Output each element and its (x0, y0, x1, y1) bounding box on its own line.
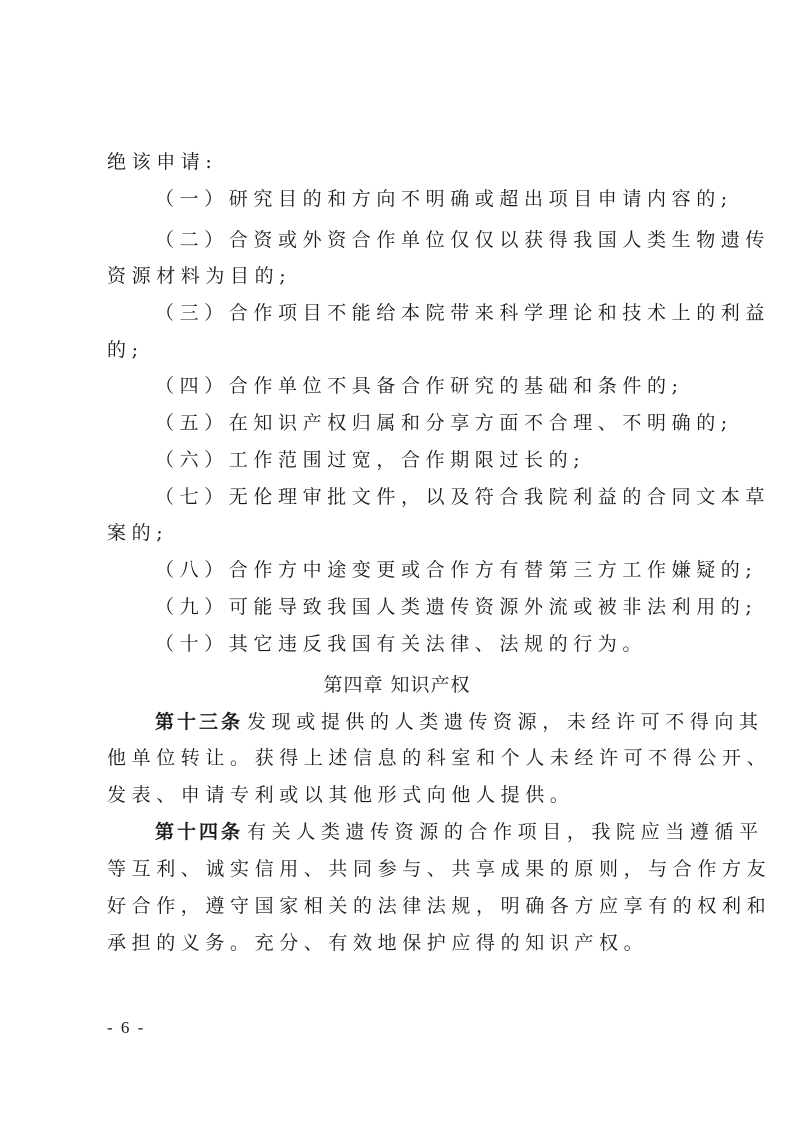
list-item-3: （三）合作项目不能给本院带来科学理论和技术上的利益 (155, 301, 691, 325)
article-13-text: 发现或提供的人类遗传资源，未经许可不得向其 (247, 711, 764, 733)
list-item-8: （八）合作方中途变更或合作方有替第三方工作嫌疑的; (155, 558, 691, 582)
article-13-label: 第十三条 (155, 711, 243, 733)
article-13-line-3: 发表、申请专利或以其他形式向他人提供。 (107, 783, 691, 807)
list-item-9: （九）可能导致我国人类遗传资源外流或被非法利用的; (155, 595, 691, 619)
article-14-line-2: 等互利、诚实信用、共同参与、共享成果的原则，与合作方友 (107, 857, 691, 881)
list-item-10: （十）其它违反我国有关法律、法规的行为。 (155, 632, 691, 656)
page-number: - 6 - (107, 1018, 145, 1038)
article-13-line-2: 他单位转让。获得上述信息的科室和个人未经许可不得公开、 (107, 746, 691, 770)
article-14-text: 有关人类遗传资源的合作项目，我院应当遵循平 (247, 821, 764, 843)
article-14-line-1: 第十四条有关人类遗传资源的合作项目，我院应当遵循平 (155, 820, 691, 844)
list-item-4: （四）合作单位不具备合作研究的基础和条件的; (155, 374, 691, 398)
list-item-2-cont: 资源材料为目的; (107, 264, 691, 288)
list-item-2: （二）合资或外资合作单位仅仅以获得我国人类生物遗传 (155, 228, 691, 252)
list-item-5: （五）在知识产权归属和分享方面不合理、不明确的; (155, 411, 691, 435)
list-item-3-cont: 的; (107, 338, 691, 362)
article-14-label: 第十四条 (155, 821, 243, 843)
article-14-line-3: 好合作，遵守国家相关的法律法规，明确各方应享有的权利和 (107, 894, 691, 918)
list-item-7-cont: 案的; (107, 521, 691, 545)
list-item-1: （一）研究目的和方向不明确或超出项目申请内容的; (155, 187, 691, 211)
list-item-6: （六）工作范围过宽，合作期限过长的; (155, 448, 691, 472)
article-14-line-4: 承担的义务。充分、有效地保护应得的知识产权。 (107, 931, 691, 955)
chapter-heading: 第四章 知识产权 (0, 673, 794, 697)
article-13-line-1: 第十三条发现或提供的人类遗传资源，未经许可不得向其 (155, 710, 691, 734)
list-item-7: （七）无伦理审批文件，以及符合我院利益的合同文本草 (155, 485, 691, 509)
paragraph-line: 绝该申请: (107, 150, 691, 174)
document-page: 绝该申请: （一）研究目的和方向不明确或超出项目申请内容的; （二）合资或外资合… (0, 0, 794, 1123)
